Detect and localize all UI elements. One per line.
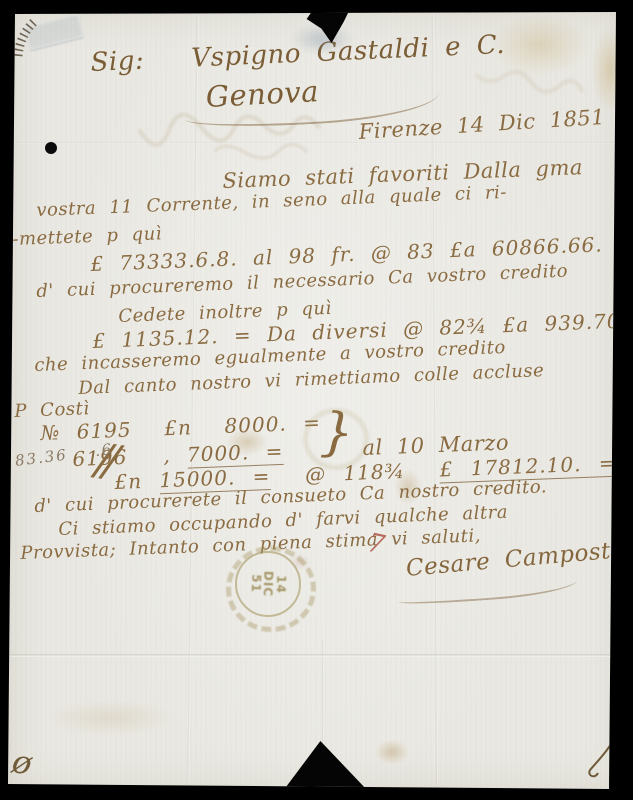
postmark-day: 14 xyxy=(274,575,287,594)
paper-tear-bottom xyxy=(283,741,368,791)
pen-mark-bottom-left: ø xyxy=(9,742,35,783)
pen-hatch-mark xyxy=(8,10,52,62)
letter-paper: Sig: Vspigno Gastaldi e C. Genova Firenz… xyxy=(0,0,633,800)
postmark-year: 51 xyxy=(249,574,262,593)
ghost-postmark xyxy=(303,408,369,470)
pen-mark-bottom-right xyxy=(585,742,613,778)
postmark-stamp: 14 DIC 51 xyxy=(235,551,301,617)
postmark-month: DIC xyxy=(261,571,275,598)
letter-line: P Costì xyxy=(14,398,90,422)
postmark-date: 14 DIC 51 xyxy=(234,550,302,618)
fold-line-horizontal-bottom xyxy=(10,654,622,657)
letter-line: -mettete p quì xyxy=(12,223,162,250)
filing-hole xyxy=(45,142,57,154)
signature-flourish xyxy=(398,580,579,607)
scan-background: { "colors": { "background": "#000000", "… xyxy=(0,0,633,800)
